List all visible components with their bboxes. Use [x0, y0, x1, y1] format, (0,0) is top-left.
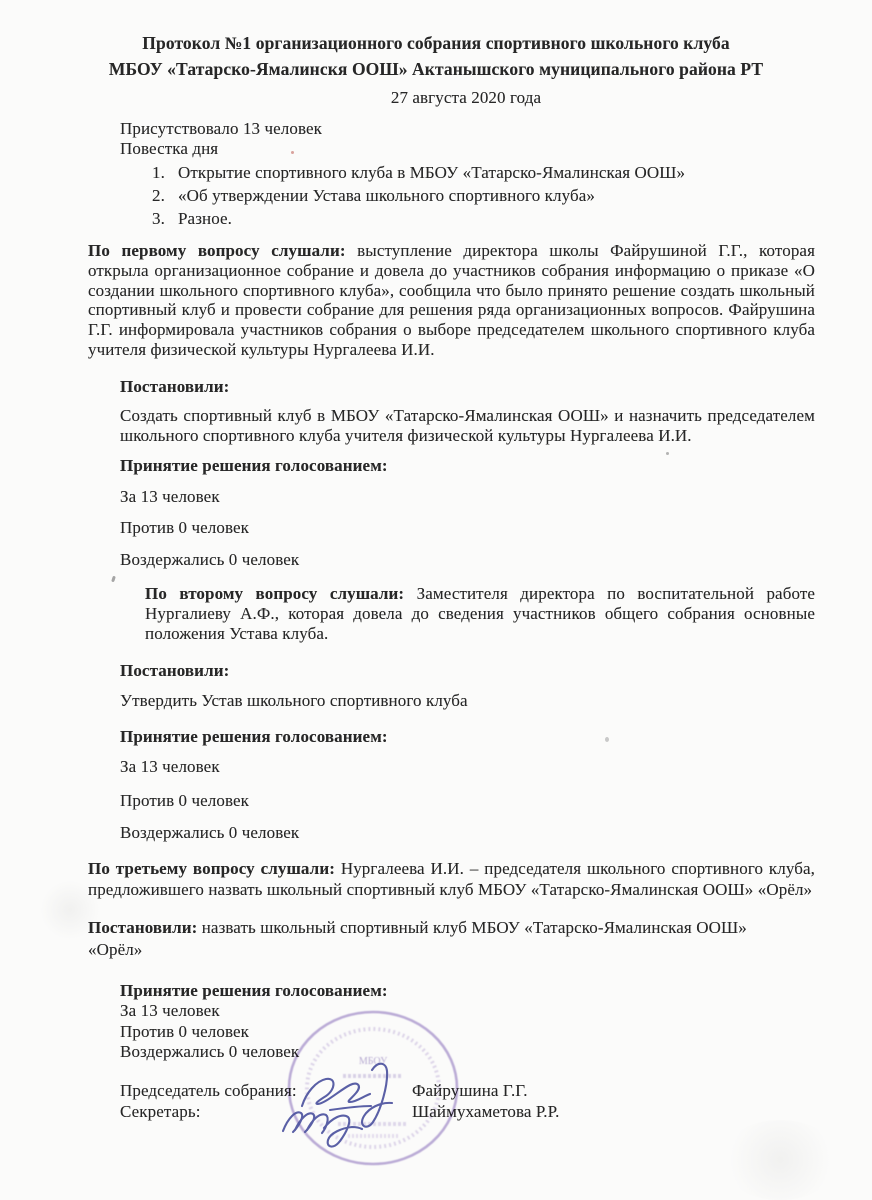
- agenda-item-number: 3.: [152, 207, 178, 230]
- scan-blotch: [40, 880, 100, 940]
- question1-lead: По первому вопросу слушали:: [88, 241, 346, 260]
- title-line-2: МБОУ «Татарско-Ямалинскя ООШ» Актанышско…: [0, 56, 872, 82]
- question3-vote-abstain: Воздержались 0 человек: [120, 1042, 812, 1063]
- agenda-item-2: 2. «Об утверждении Устава школьного спор…: [152, 184, 812, 207]
- agenda-item-text: «Об утверждении Устава школьного спортив…: [178, 184, 595, 207]
- question2-vote-abstain: Воздержались 0 человек: [120, 823, 812, 844]
- attendance-line: Присутствовало 13 человек: [120, 119, 812, 139]
- secretary-label: Секретарь:: [120, 1101, 412, 1122]
- question3-paragraph: По третьему вопросу слушали: Нургалеева …: [88, 858, 815, 900]
- question2-resolved-body: Утвердить Устав школьного спортивного кл…: [120, 691, 812, 712]
- question2-resolved-heading: Постановили:: [120, 661, 812, 681]
- secretary-name: Шаймухаметова Р.Р.: [412, 1101, 559, 1122]
- chairman-name: Файрушина Г.Г.: [412, 1080, 528, 1101]
- question1-paragraph: По первому вопросу слушали: выступление …: [88, 241, 815, 360]
- scan-speck: [111, 576, 116, 583]
- secretary-row: Секретарь: Шаймухаметова Р.Р.: [120, 1101, 872, 1122]
- question2-vote-against: Против 0 человек: [120, 791, 812, 812]
- question2-lead: По второму вопросу слушали:: [145, 584, 404, 603]
- question1-vote-heading: Принятие решения голосованием:: [120, 456, 812, 476]
- question3-resolved-lead: Постановили:: [88, 918, 197, 937]
- question3-resolved-paragraph: Постановили: назвать школьный спортивный…: [88, 917, 777, 960]
- question2-vote-heading: Принятие решения голосованием:: [120, 727, 812, 747]
- scan-blotch: [720, 1120, 840, 1200]
- chairman-label: Председатель собрания:: [120, 1080, 412, 1101]
- question1-vote-against: Против 0 человек: [120, 518, 812, 539]
- agenda-item-number: 1.: [152, 161, 178, 184]
- agenda-heading: Повестка дня: [120, 139, 812, 159]
- agenda-item-1: 1. Открытие спортивного клуба в МБОУ «Та…: [152, 161, 812, 184]
- question3-lead: По третьему вопросу слушали:: [88, 859, 335, 878]
- question1-vote-for: За 13 человек: [120, 487, 812, 508]
- scan-speck: [666, 452, 669, 455]
- document-date: 27 августа 2020 года: [30, 88, 872, 108]
- question1-vote-abstain: Воздержались 0 человек: [120, 550, 812, 571]
- question3-vote-heading: Принятие решения голосованием:: [120, 981, 812, 1001]
- agenda-item-number: 2.: [152, 184, 178, 207]
- agenda-item-text: Разное.: [178, 207, 232, 230]
- agenda-item-3: 3. Разное.: [152, 207, 812, 230]
- scanned-protocol-document: { "page": { "background": "#fbfbfa", "te…: [0, 0, 872, 1200]
- document-title: Протокол №1 организационного собрания сп…: [0, 30, 872, 82]
- question2-vote-for: За 13 человек: [120, 757, 812, 778]
- document-page: Протокол №1 организационного собрания сп…: [0, 0, 872, 1200]
- chairman-row: Председатель собрания: Файрушина Г.Г.: [120, 1080, 872, 1101]
- question1-resolved-heading: Постановили:: [120, 377, 812, 397]
- scan-speck: [291, 151, 294, 154]
- agenda-list: 1. Открытие спортивного клуба в МБОУ «Та…: [0, 161, 872, 230]
- agenda-item-text: Открытие спортивного клуба в МБОУ «Татар…: [178, 161, 685, 184]
- question2-paragraph: По второму вопросу слушали: Заместителя …: [145, 584, 815, 644]
- question3-vote-against: Против 0 человек: [120, 1022, 812, 1043]
- scan-speck: [605, 737, 609, 742]
- question1-resolved-body: Создать спортивный клуб в МБОУ «Татарско…: [120, 406, 815, 447]
- title-line-1: Протокол №1 организационного собрания сп…: [0, 30, 872, 56]
- question3-vote-for: За 13 человек: [120, 1001, 812, 1022]
- signature-block: Председатель собрания: Файрушина Г.Г. Се…: [0, 1080, 872, 1122]
